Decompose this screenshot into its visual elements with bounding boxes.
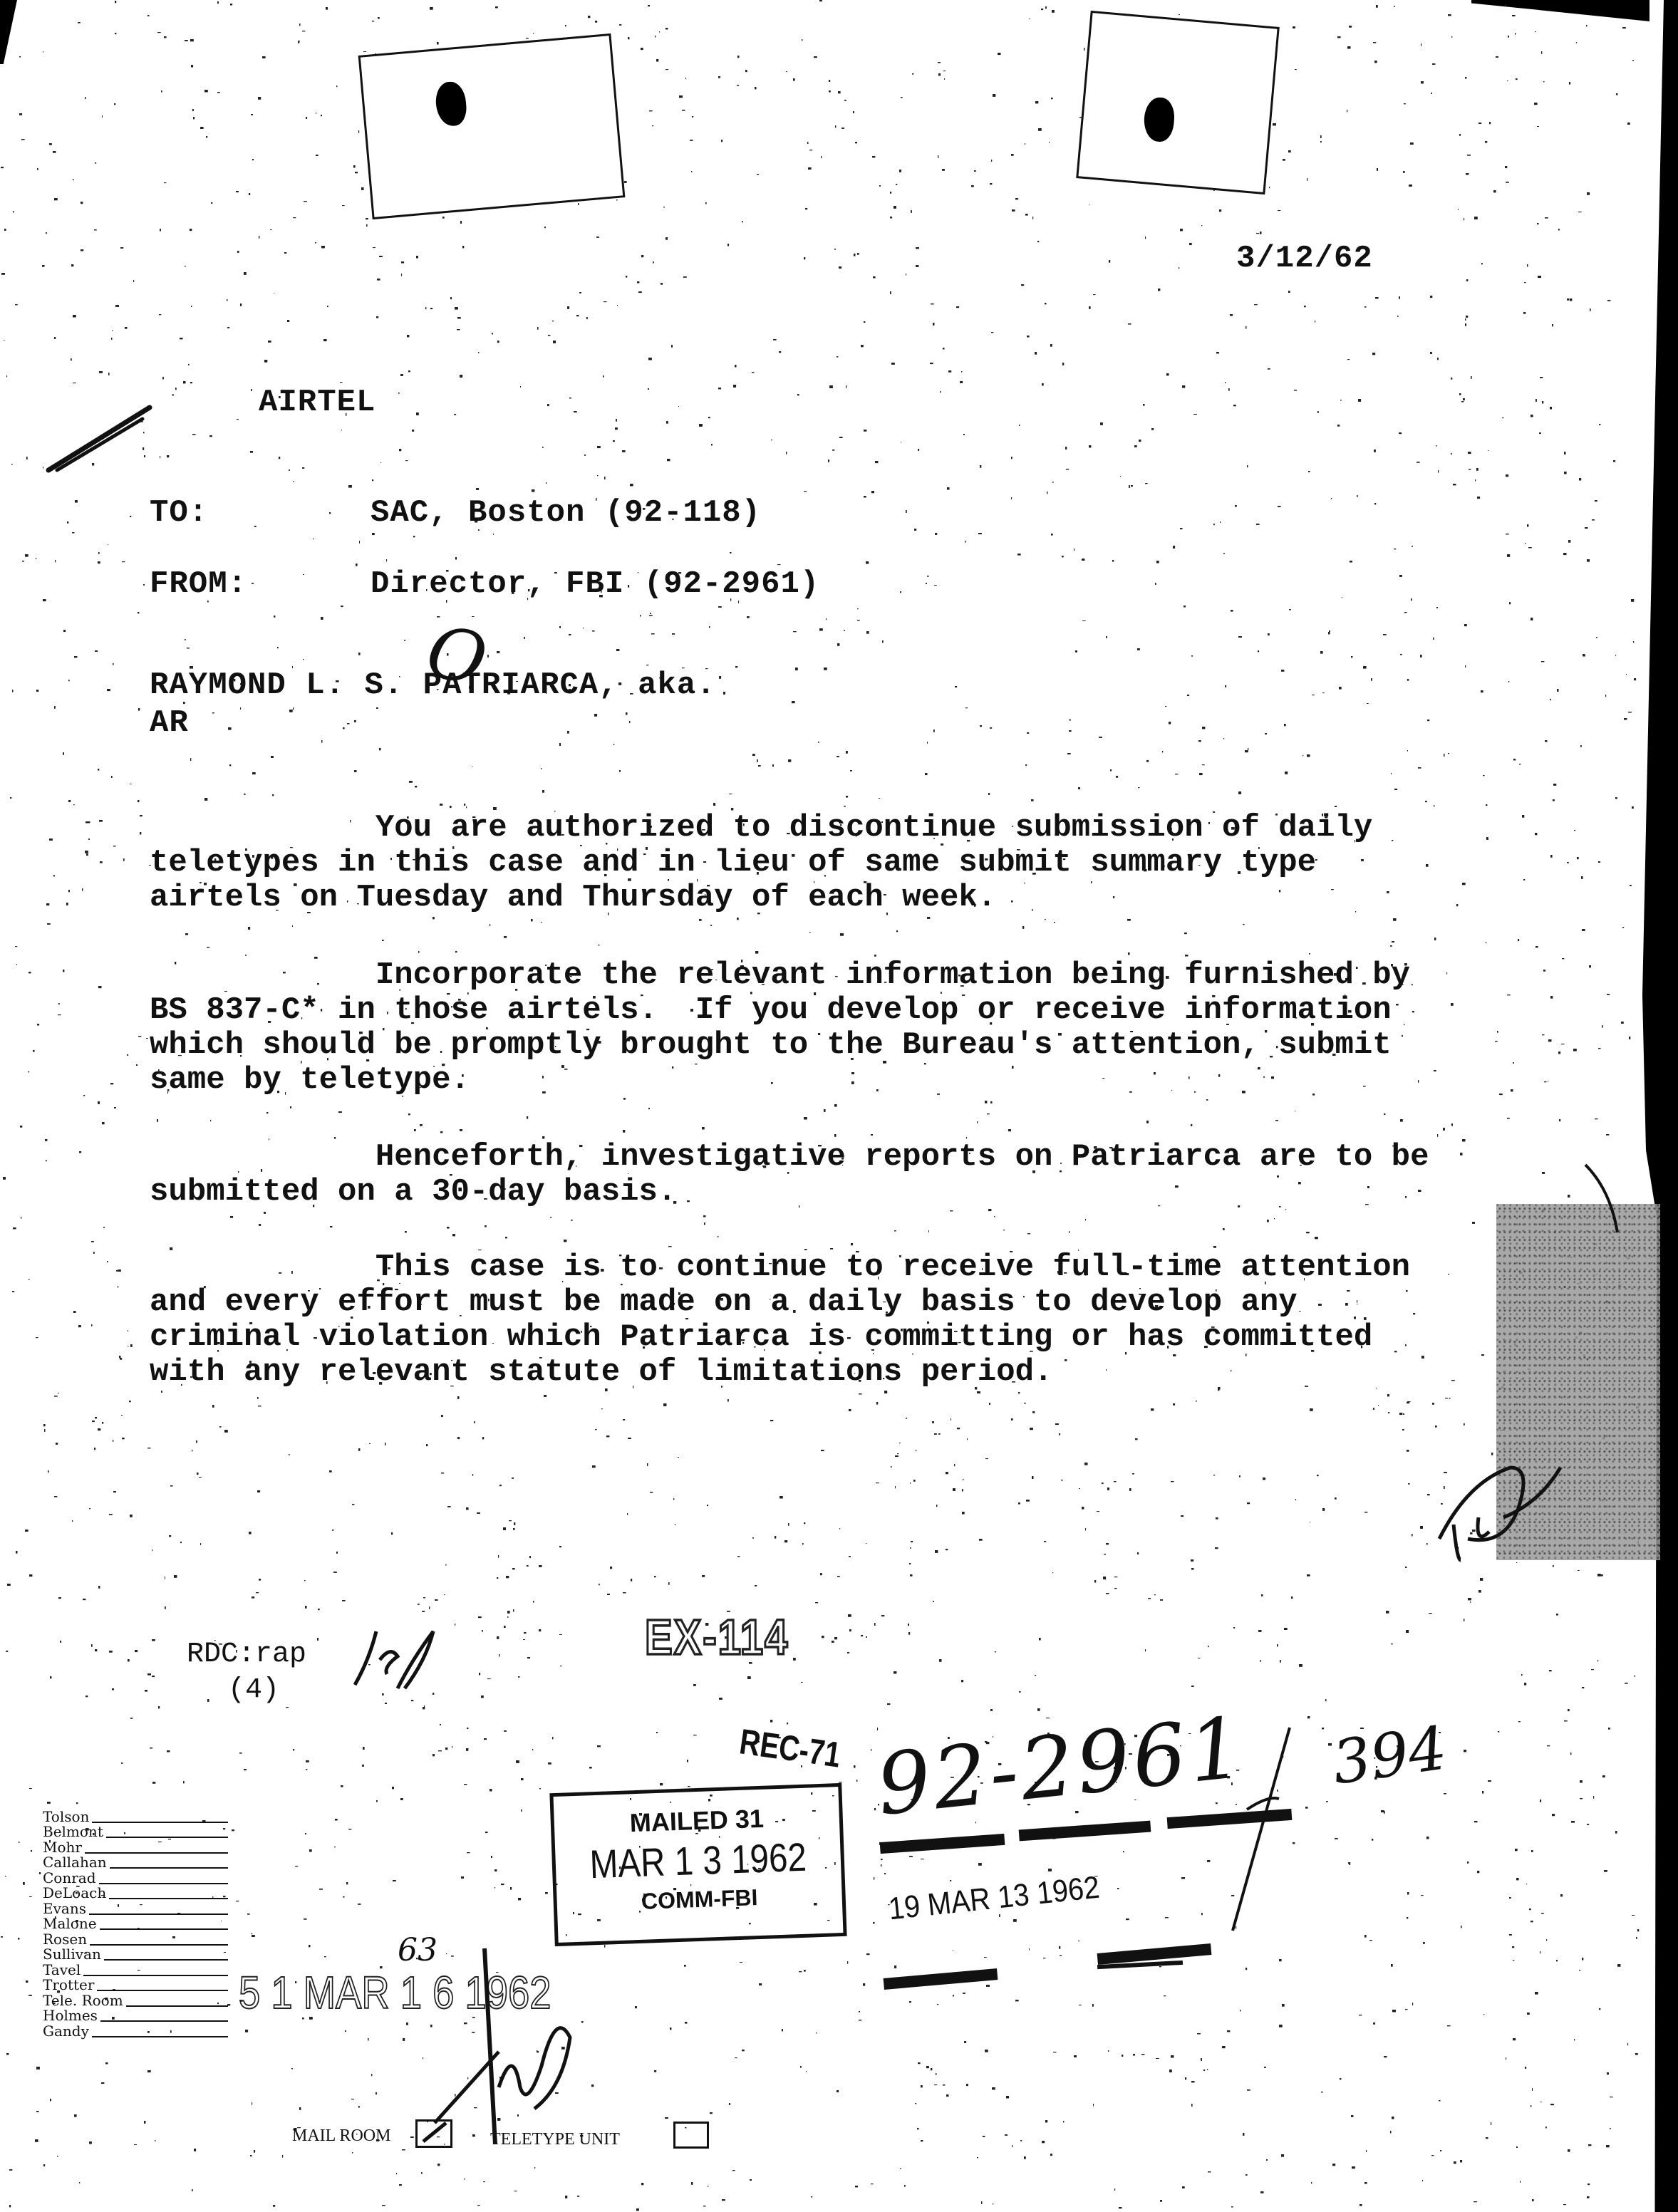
from-label: FROM:: [150, 566, 247, 602]
to-label: TO:: [150, 495, 208, 531]
from-sender: Director, FBI (92-2961): [371, 566, 819, 602]
routing-name: Belmont: [43, 1823, 103, 1840]
checkmark-icon: [418, 2122, 450, 2146]
routing-initial-line: [104, 1959, 228, 1961]
received-handwritten-annotation: 63: [398, 1932, 437, 1968]
routing-initial-line: [100, 2020, 228, 2022]
staple-hole-icon: [434, 81, 467, 127]
routing-initial-line: [109, 1898, 228, 1899]
routing-name: Tele. Room: [43, 1992, 123, 2009]
document-page: 3/12/62 AIRTEL TO: SAC, Boston (92-118) …: [0, 0, 1678, 2212]
recorded-date-stamp: 19 MAR 13 1962: [887, 1870, 1102, 1928]
document-date: 3/12/62: [1236, 241, 1373, 276]
handwritten-initials-icon: [348, 1617, 447, 1696]
routing-name: Callahan: [43, 1854, 107, 1871]
mailed-stamp-date: MAR 1 3 1962: [576, 1833, 820, 1888]
typist-initials: RDC:rap: [187, 1639, 306, 1671]
routing-name: Sullivan: [43, 1946, 101, 1963]
routing-initial-line: [100, 1928, 228, 1930]
routing-name: Tavel: [43, 1961, 81, 1978]
staple-hole-icon: [1142, 96, 1176, 142]
scan-edge-right: [1642, 0, 1678, 2212]
routing-initial-line: [92, 2036, 228, 2037]
file-number-handwritten: 92-2961: [872, 1698, 1250, 1834]
routing-entry: Gandy: [43, 2024, 228, 2040]
routing-name: Conrad: [43, 1869, 96, 1886]
redaction-smudge: [1496, 1204, 1660, 1560]
routing-name: Holmes: [43, 2007, 98, 2024]
pen-stroke-mark: [43, 399, 157, 477]
routing-name: Tolson: [43, 1808, 89, 1825]
routing-initial-line: [89, 1914, 228, 1915]
staple-patch-left: [358, 33, 626, 219]
received-date-stamp: 5 1 MAR 1 6 1962: [239, 1966, 551, 2019]
communication-type: AIRTEL: [259, 385, 376, 420]
body-paragraph: Incorporate the relevant information bei…: [150, 958, 1610, 1098]
scan-edge-top-right: [1471, 0, 1649, 21]
routing-initial-line: [99, 1883, 228, 1884]
teletype-unit-checkbox[interactable]: [673, 2122, 709, 2149]
routing-name: Rosen: [43, 1931, 87, 1948]
underline-bar: [1019, 1821, 1151, 1842]
body-paragraph: You are authorized to discontinue submis…: [150, 811, 1610, 915]
routing-initial-line: [106, 1837, 228, 1838]
copy-count: (4): [228, 1674, 279, 1706]
routing-name: Trotter: [43, 1976, 94, 1993]
scan-edge-top-left: [0, 0, 17, 64]
body-paragraph: Henceforth, investigative reports on Pat…: [150, 1140, 1610, 1210]
subject-classification: AR: [150, 705, 189, 741]
routing-name: Malone: [43, 1915, 97, 1932]
routing-initial-line: [90, 1944, 228, 1946]
routing-initial-line: [110, 1867, 228, 1869]
routing-name: Gandy: [43, 2023, 89, 2040]
mail-room-checkbox[interactable]: [415, 2119, 452, 2148]
serial-number-handwritten: 394: [1328, 1713, 1451, 1797]
underline-bar: [880, 1834, 1005, 1854]
mail-room-label: MAIL ROOM: [292, 2127, 390, 2146]
mailed-stamp: MAILED 31 MAR 1 3 1962 COMM-FBI: [549, 1783, 846, 1946]
routing-list: TolsonBelmontMohrCallahanConradDeLoachEv…: [43, 1809, 228, 2040]
underline-bar: [884, 1968, 998, 1990]
body-paragraph: This case is to continue to receive full…: [150, 1250, 1610, 1390]
routing-name: DeLoach: [43, 1884, 106, 1901]
underline-bar: [1167, 1809, 1293, 1829]
routing-name: Mohr: [43, 1839, 82, 1856]
rec-stamp: REC-71: [737, 1720, 843, 1775]
to-recipient: SAC, Boston (92-118): [371, 495, 761, 531]
ex-stamp: EX-114: [645, 1609, 789, 1666]
teletype-unit-label: TELETYPE UNIT: [490, 2130, 620, 2149]
staple-patch-right: [1076, 11, 1280, 194]
routing-name: Evans: [43, 1900, 86, 1917]
routing-initial-line: [126, 2005, 228, 2007]
routing-initial-line: [83, 1975, 228, 1976]
routing-initial-line: [92, 1822, 228, 1823]
